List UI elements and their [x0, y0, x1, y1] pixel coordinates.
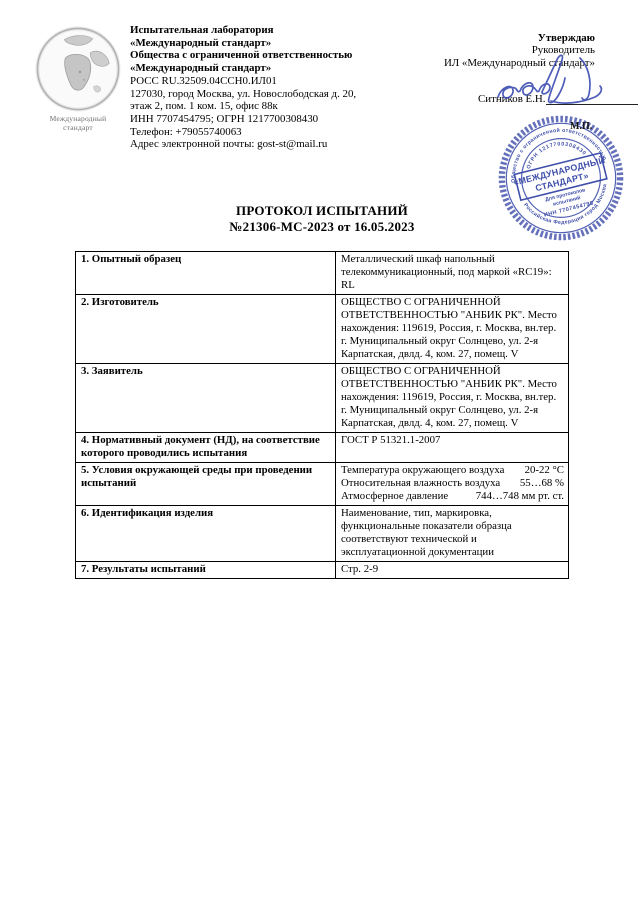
- seal-place-mark: М.П.: [570, 121, 592, 132]
- env-condition-name: Атмосферное давление: [341, 490, 448, 503]
- table-row: 6. Идентификация изделия Наименование, т…: [76, 506, 569, 562]
- globe-icon: [35, 26, 121, 112]
- lab-email: Адрес электронной почты: gost-st@mail.ru: [130, 138, 356, 151]
- row-label: 2. Изготовитель: [76, 295, 336, 364]
- logo-caption: Международный стандарт: [47, 115, 109, 132]
- document-title: ПРОТОКОЛ ИСПЫТАНИЙ №21306-МС-2023 от 16.…: [75, 203, 569, 234]
- protocol-table: 1. Опытный образец Металлический шкаф на…: [75, 251, 569, 579]
- row-value: Температура окружающего воздуха 20-22 °С…: [336, 463, 569, 506]
- lab-phone: Телефон: +79055740063: [130, 126, 356, 139]
- env-condition-value: 744…748 мм рт. ст.: [476, 490, 564, 503]
- row-label: 1. Опытный образец: [76, 252, 336, 295]
- table-row: 5. Условия окружающей среды при проведен…: [76, 463, 569, 506]
- row-label: 7. Результаты испытаний: [76, 562, 336, 579]
- signature-icon: [492, 50, 637, 112]
- row-label: 5. Условия окружающей среды при проведен…: [76, 463, 336, 506]
- approve-label: Утверждаю: [444, 32, 595, 44]
- table-row: 3. Заявитель ОБЩЕСТВО С ОГРАНИЧЕННОЙ ОТВ…: [76, 364, 569, 433]
- lab-header-line: Испытательная лаборатория: [130, 24, 356, 37]
- protocol-page: Международный стандарт Испытательная лаб…: [0, 0, 639, 904]
- env-condition-name: Относительная влажность воздуха: [341, 477, 500, 490]
- lab-header: Испытательная лаборатория «Международный…: [130, 24, 356, 151]
- row-value: ОБЩЕСТВО С ОГРАНИЧЕННОЙ ОТВЕТСТВЕННОСТЬЮ…: [336, 364, 569, 433]
- row-label: 4. Нормативный документ (НД), на соответ…: [76, 433, 336, 463]
- env-condition-line: Температура окружающего воздуха 20-22 °С: [341, 464, 564, 477]
- table-row: 1. Опытный образец Металлический шкаф на…: [76, 252, 569, 295]
- row-value: Наименование, тип, маркировка, функциона…: [336, 506, 569, 562]
- lab-inn-ogrn: ИНН 7707454795; ОГРН 1217700308430: [130, 113, 356, 126]
- lab-address-line: 127030, город Москва, ул. Новослободская…: [130, 88, 356, 101]
- row-value: ГОСТ Р 51321.1-2007: [336, 433, 569, 463]
- table-row: 4. Нормативный документ (НД), на соответ…: [76, 433, 569, 463]
- row-label: 6. Идентификация изделия: [76, 506, 336, 562]
- row-value: ОБЩЕСТВО С ОГРАНИЧЕННОЙ ОТВЕТСТВЕННОСТЬЮ…: [336, 295, 569, 364]
- document-number-date: №21306-МС-2023 от 16.05.2023: [75, 219, 569, 235]
- lab-header-line: Общества с ограниченной ответственностью: [130, 49, 356, 62]
- table-row: 7. Результаты испытаний Стр. 2-9: [76, 562, 569, 579]
- env-condition-name: Температура окружающего воздуха: [341, 464, 504, 477]
- document-title-line1: ПРОТОКОЛ ИСПЫТАНИЙ: [75, 203, 569, 219]
- row-value: Стр. 2-9: [336, 562, 569, 579]
- table-row: 2. Изготовитель ОБЩЕСТВО С ОГРАНИЧЕННОЙ …: [76, 295, 569, 364]
- row-label: 3. Заявитель: [76, 364, 336, 433]
- lab-accreditation-number: РОСС RU.32509.04ССН0.ИЛ01: [130, 75, 356, 88]
- env-condition-value: 55…68 %: [520, 477, 564, 490]
- lab-logo: Международный стандарт: [33, 26, 123, 132]
- lab-header-line: «Международный стандарт»: [130, 37, 356, 50]
- env-condition-value: 20-22 °С: [525, 464, 564, 477]
- lab-header-line: «Международный стандарт»: [130, 62, 356, 75]
- row-value: Металлический шкаф напольный телекоммуни…: [336, 252, 569, 295]
- env-condition-line: Атмосферное давление 744…748 мм рт. ст.: [341, 490, 564, 503]
- lab-address-line: этаж 2, пом. 1 ком. 15, офис 88к: [130, 100, 356, 113]
- env-condition-line: Относительная влажность воздуха 55…68 %: [341, 477, 564, 490]
